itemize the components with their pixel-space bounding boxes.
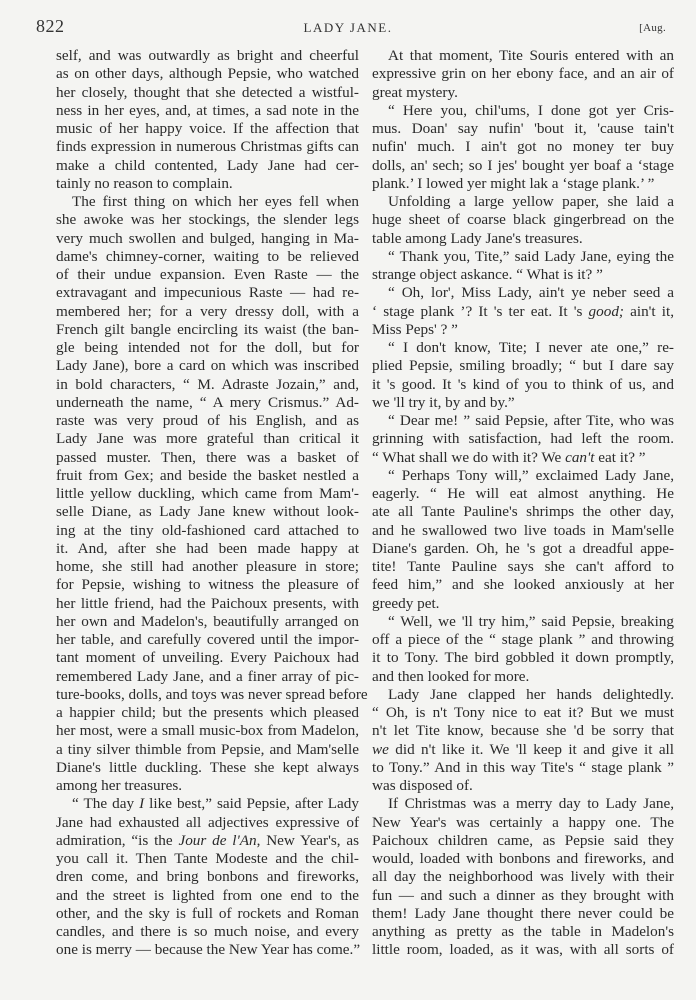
text-line: to Tony.” And in this way Tite's “ stage… bbox=[372, 759, 674, 777]
text-line: her closely, thought that she detected a… bbox=[56, 84, 359, 102]
text-line: off a piece of the “ stage plank ” and t… bbox=[372, 631, 674, 649]
text-line: raste was very proud of his English, and… bbox=[56, 412, 359, 430]
text-line: would, loaded with bonbons and fireworks… bbox=[372, 850, 674, 868]
text-line: Miss Peps' ? ” bbox=[372, 321, 674, 339]
text-line: nufin' much. I ain't got no money ter bu… bbox=[372, 138, 674, 156]
text-line: “ Perhaps Tony will,” exclaimed Lady Jan… bbox=[372, 467, 674, 485]
text-line: Unfolding a large yellow paper, she laid… bbox=[372, 193, 674, 211]
text-line: extravagant and impecunious Raste — had … bbox=[56, 284, 359, 302]
text-line: passed muster. Then, there was a basket … bbox=[56, 449, 359, 467]
text-line: very much swollen and bulged, hanging in… bbox=[56, 230, 359, 248]
text-line: If Christmas was a merry day to Lady Jan… bbox=[372, 795, 674, 813]
text-line: music of her happy voice. If the affecti… bbox=[56, 120, 359, 138]
text-line: it 's good. It 's kind of you to think o… bbox=[372, 376, 674, 394]
text-line: we 'll try it, by and by.” bbox=[372, 394, 674, 412]
text-line: and then looked for more. bbox=[372, 668, 674, 686]
text-line: and he swallowed two live toads in Mam's… bbox=[372, 522, 674, 540]
text-line: it. And, after she had been made happy a… bbox=[56, 540, 359, 558]
running-title: LADY JANE. bbox=[0, 20, 696, 36]
text-line: “ Dear me! ” said Pepsie, after Tite, wh… bbox=[372, 412, 674, 430]
text-line: and the street is lighted from one end t… bbox=[56, 887, 359, 905]
italic-phrase: can't bbox=[565, 449, 594, 466]
text-line: her most, were a small music-box from Ma… bbox=[56, 722, 359, 740]
page-header: 822 LADY JANE. [Aug. bbox=[0, 12, 696, 38]
text-line: membered her; for a very dressy doll, wi… bbox=[56, 303, 359, 321]
text-line: Lady Jane clapped her hands delightedly. bbox=[372, 686, 674, 704]
text-line: fun — and such a dinner as they brought … bbox=[372, 887, 674, 905]
text-line: French gilt bangle encircling its waist … bbox=[56, 321, 359, 339]
text-line: ture-books, dolls, and toys was never sp… bbox=[56, 686, 359, 704]
text-line: strange object askance. “ What is it? ” bbox=[372, 266, 674, 284]
text-line: plied Pepsie, smiling broadly; “ but I d… bbox=[372, 357, 674, 375]
text-line: we did n't like it. We 'll keep it and g… bbox=[372, 741, 674, 759]
text-line: admiration, “is the Jour de l'An, New Ye… bbox=[56, 832, 359, 850]
text-line: tite! Tante Pauline says she can't affor… bbox=[372, 558, 674, 576]
text-line: little yellow duckling, which came from … bbox=[56, 485, 359, 503]
text-line: of their undue expansion. Even Raste — t… bbox=[56, 266, 359, 284]
left-text-column: self, and was outwardly as bright and ch… bbox=[56, 47, 359, 960]
text-line: The first thing on which her eyes fell w… bbox=[56, 193, 359, 211]
text-line: “ What shall we do with it? We can't eat… bbox=[372, 449, 674, 467]
text-line: self, and was outwardly as bright and ch… bbox=[56, 47, 359, 65]
italic-phrase: good; bbox=[589, 303, 624, 320]
text-line: tant moment of unveiling. Every Paichoux… bbox=[56, 649, 359, 667]
text-line: candles, and there is so much noise, and… bbox=[56, 923, 359, 941]
text-line: other, and the sky is full of rockets an… bbox=[56, 905, 359, 923]
text-line: Diane's garden. Oh, he 's got a dreadful… bbox=[372, 540, 674, 558]
text-line: New Year's was certainly a happy one. Th… bbox=[372, 814, 674, 832]
text-line: gle being intended not for the doll, but… bbox=[56, 339, 359, 357]
text-line: “ Thank you, Tite,” said Lady Jane, eyin… bbox=[372, 248, 674, 266]
text-line: ‘ stage plank ’? It 's ter eat. It 's go… bbox=[372, 303, 674, 321]
text-line: “ Oh, is n't Tony nice to eat it? But we… bbox=[372, 704, 674, 722]
text-line: it to Tony. The bird gobbled it down pro… bbox=[372, 649, 674, 667]
text-line: huge sheet of coarse black gingerbread o… bbox=[372, 211, 674, 229]
book-page: 822 LADY JANE. [Aug. self, and was outwa… bbox=[0, 0, 696, 1000]
text-line: Lady Jane), bore a card on which was ins… bbox=[56, 357, 359, 375]
italic-phrase: Jour de l'An bbox=[178, 832, 256, 849]
italic-phrase: we bbox=[372, 741, 389, 758]
text-line: eagerly. “ He will eat almost anything. … bbox=[372, 485, 674, 503]
text-line: a tiny silver thimble from Pepsie, and M… bbox=[56, 741, 359, 759]
text-line: ness in her eyes, and, at times, a sad n… bbox=[56, 102, 359, 120]
text-line: home, she still had another pleasure in … bbox=[56, 558, 359, 576]
text-line: you call it. Then Tante Modeste and the … bbox=[56, 850, 359, 868]
text-line: Paichoux children came, as Pepsie said t… bbox=[372, 832, 674, 850]
text-line: was disposed of. bbox=[372, 777, 674, 795]
right-text-column: At that moment, Tite Souris entered with… bbox=[372, 47, 674, 960]
text-line: selle Diane, as Lady Jane knew without l… bbox=[56, 503, 359, 521]
text-line: mus. Doan' say nufin' 'bout it, 'cause t… bbox=[372, 120, 674, 138]
text-line: in bold characters, “ M. Adraste Jozain,… bbox=[56, 376, 359, 394]
text-line: “ I don't know, Tite; I never ate one,” … bbox=[372, 339, 674, 357]
text-line: dame's chimney-corner, waiting to be rel… bbox=[56, 248, 359, 266]
text-line: At that moment, Tite Souris entered with… bbox=[372, 47, 674, 65]
text-line: ing at the tiny old-fashioned card attac… bbox=[56, 522, 359, 540]
text-line: she awoke was her stockings, the slender… bbox=[56, 211, 359, 229]
text-line: “ The day I like best,” said Pepsie, aft… bbox=[56, 795, 359, 813]
text-line: “ Here you, chil'ums, I done got yer Cri… bbox=[372, 102, 674, 120]
text-line: all day the neighborhood was lively with… bbox=[372, 868, 674, 886]
text-line: as on other days, although Pepsie, who w… bbox=[56, 65, 359, 83]
text-line: them! Lady Jane thought there never coul… bbox=[372, 905, 674, 923]
text-line: Lady Jane was more grateful than critica… bbox=[56, 430, 359, 448]
text-line: greedy pet. bbox=[372, 595, 674, 613]
text-line: finds expression in numerous Christmas g… bbox=[56, 138, 359, 156]
text-line: n't let Tite know, because she 'd be sor… bbox=[372, 722, 674, 740]
text-line: among her treasures. bbox=[56, 777, 359, 795]
text-line: great mystery. bbox=[372, 84, 674, 102]
text-line: her own and Madelon's, beautifully arran… bbox=[56, 613, 359, 631]
text-line: her table, and carefully covered until t… bbox=[56, 631, 359, 649]
text-line: make a child contented, Lady Jane had ce… bbox=[56, 157, 359, 175]
text-line: “ Oh, lor', Miss Lady, ain't ye neber se… bbox=[372, 284, 674, 302]
text-line: little room, loaded, as it was, with all… bbox=[372, 941, 674, 959]
text-line: ate all Tante Pauline's shrimps the othe… bbox=[372, 503, 674, 521]
text-line: “ Well, we 'll try him,” said Pepsie, br… bbox=[372, 613, 674, 631]
text-line: feed him,” and she looked anxiously at h… bbox=[372, 576, 674, 594]
text-line: dolls, an' sech; so I jes' bought yer bo… bbox=[372, 157, 674, 175]
text-line: dren come, and bring bonbons and firewor… bbox=[56, 868, 359, 886]
text-line: Jane had exhausted all adjectives expres… bbox=[56, 814, 359, 832]
text-line: grinning with satisfaction, had left the… bbox=[372, 430, 674, 448]
text-line: one is merry — because the New Year has … bbox=[56, 941, 359, 959]
text-line: underneath the name, “ A mery Crismus.” … bbox=[56, 394, 359, 412]
text-line: table among Lady Jane's treasures. bbox=[372, 230, 674, 248]
text-line: Diane's little duckling. These she kept … bbox=[56, 759, 359, 777]
italic-phrase: I bbox=[139, 795, 144, 812]
text-line: tainly no reason to complain. bbox=[56, 175, 359, 193]
issue-month: [Aug. bbox=[639, 22, 666, 34]
text-line: remembered Lady Jane, and a finer array … bbox=[56, 668, 359, 686]
text-line: for Pepsie, wishing to witness the pleas… bbox=[56, 576, 359, 594]
text-line: a happier child; but the presents which … bbox=[56, 704, 359, 722]
text-line: plank.’ I lowed yer might lak a ‘stage p… bbox=[372, 175, 674, 193]
text-line: fruit from Gex; and beside the basket ne… bbox=[56, 467, 359, 485]
text-line: anything as pretty as the table in Madel… bbox=[372, 923, 674, 941]
text-line: her little friend, had the Paichoux pres… bbox=[56, 595, 359, 613]
text-line: expressive grin on her ebony face, and a… bbox=[372, 65, 674, 83]
